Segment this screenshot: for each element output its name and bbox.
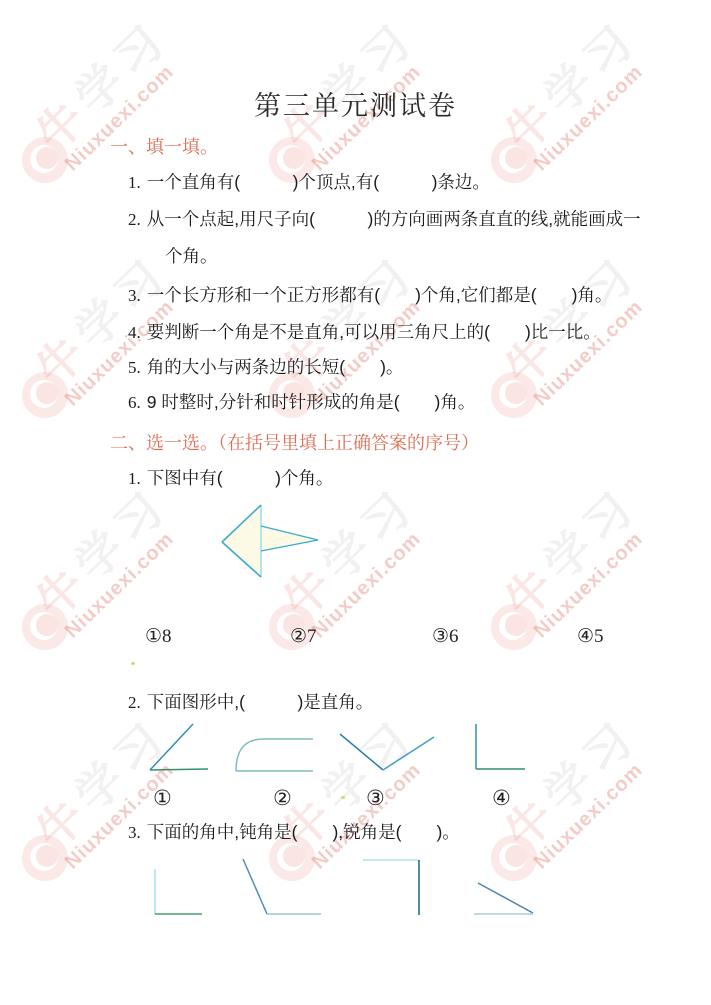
question-number: 3. <box>128 286 141 305</box>
question-number: 2. <box>128 210 141 229</box>
question-number: 2. <box>128 693 141 712</box>
question-text: 下面图形中,( )是直角。 <box>147 692 374 712</box>
question-number: 4. <box>128 323 141 342</box>
figure-label-1: ① <box>153 786 172 811</box>
paper-content: 第三单元测试卷 一、填一填。 1.一个直角有( )个顶点,有( )条边。 2.从… <box>0 0 711 1005</box>
question-number: 6. <box>128 393 141 412</box>
option-3: ③6 <box>432 625 459 648</box>
question-line: 4.要判断一个角是不是直角,可以用三角尺上的( )比一比。 <box>128 322 601 343</box>
question-text: 从一个点起,用尺子向( )的方向画两条直直的线,就能画成一 <box>147 209 641 229</box>
question-line: 3.一个长方形和一个正方形都有( )个角,它们都是( )角。 <box>128 285 612 306</box>
figure-label-3: ③ <box>366 786 385 811</box>
question-number: 3. <box>128 823 141 842</box>
question-line: 3.下面的角中,钝角是( ),锐角是( )。 <box>128 822 460 843</box>
question-text: 要判断一个角是不是直角,可以用三角尺上的( )比一比。 <box>147 322 601 342</box>
question-text: 下图中有( )个角。 <box>147 468 334 488</box>
question-text: 一个直角有( )个顶点,有( )条边。 <box>147 172 490 192</box>
figure-label-2: ② <box>273 786 292 811</box>
option-2: ②7 <box>290 625 317 648</box>
q3-angle-figures <box>150 853 540 920</box>
question-line: 个角。 <box>165 246 218 266</box>
option-1: ①8 <box>145 625 172 648</box>
question-text: 一个长方形和一个正方形都有( )个角,它们都是( )角。 <box>147 285 613 305</box>
arrow-figure <box>215 498 325 583</box>
question-text: 下面的角中,钝角是( ),锐角是( )。 <box>147 822 460 842</box>
question-text: 角的大小与两条边的长短( )。 <box>147 357 404 377</box>
page-title: 第三单元测试卷 <box>0 84 711 123</box>
question-text: 9 时整时,分针和时针形成的角是( )角。 <box>147 392 476 412</box>
scan-speck <box>341 796 345 799</box>
question-line: 1.下图中有( )个角。 <box>128 468 333 489</box>
question-line: 2.下面图形中,( )是直角。 <box>128 692 373 713</box>
test-paper-page: 牛学习 Niuxuexi.com 牛学习 Niuxuexi.com 牛学习 Ni… <box>0 0 711 1005</box>
question-line: 5.角的大小与两条边的长短( )。 <box>128 357 403 378</box>
question-number: 5. <box>128 358 141 377</box>
scan-speck <box>131 662 135 665</box>
section2-heading: 二、选一选。（在括号里填上正确答案的序号） <box>110 429 479 455</box>
question-text: 个角。 <box>165 246 218 266</box>
section1-heading: 一、填一填。 <box>110 133 218 159</box>
question-number: 1. <box>128 173 141 192</box>
question-number: 1. <box>128 469 141 488</box>
q2-angle-figures <box>140 716 540 778</box>
question-line: 6.9 时整时,分针和时针形成的角是( )角。 <box>128 392 475 413</box>
option-4: ④5 <box>577 625 604 648</box>
question-line: 1.一个直角有( )个顶点,有( )条边。 <box>128 172 490 193</box>
figure-label-4: ④ <box>492 786 511 811</box>
question-line: 2.从一个点起,用尺子向( )的方向画两条直直的线,就能画成一 <box>128 209 641 230</box>
